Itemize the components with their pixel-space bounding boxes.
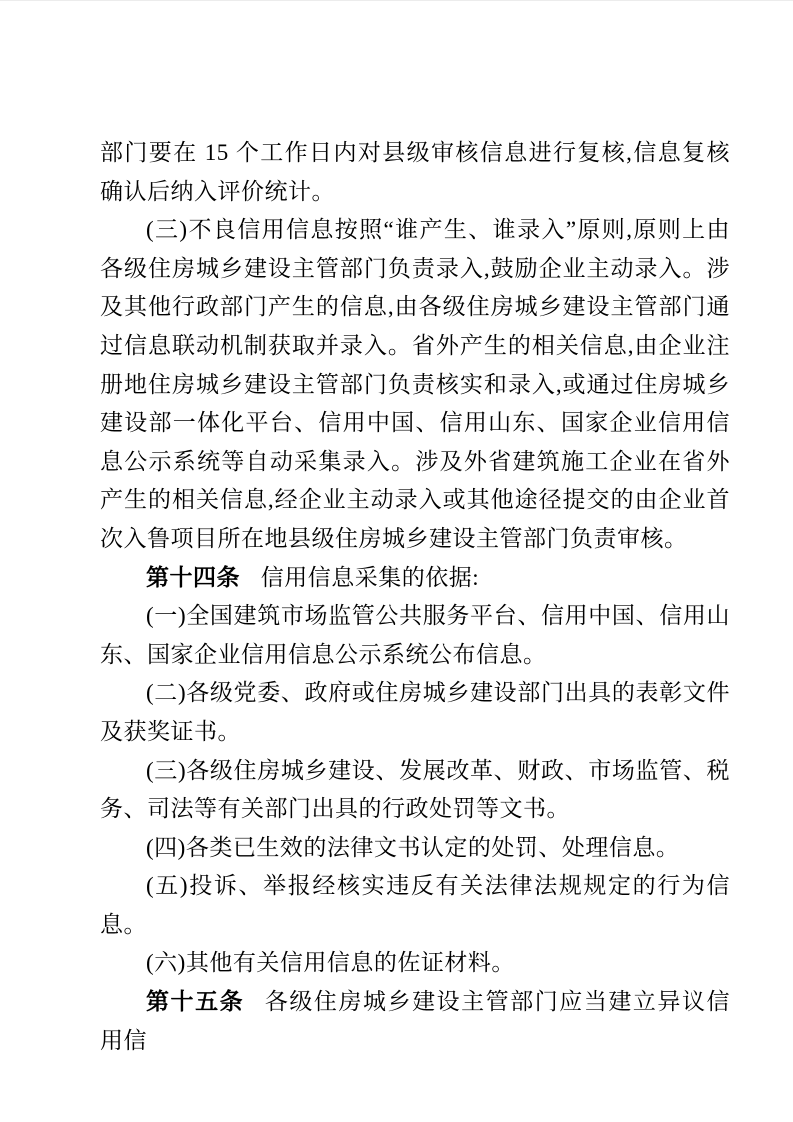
paragraph-article-15: 第十五条各级住房城乡建设主管部门应当建立异议信用信 bbox=[100, 983, 730, 1060]
paragraph-item-3-bad-credit: (三)不良信用信息按照“谁产生、谁录入”原则,原则上由各级住房城乡建设主管部门负… bbox=[100, 211, 730, 558]
article-14-number: 第十四条 bbox=[146, 565, 240, 590]
article-15-number: 第十五条 bbox=[146, 989, 244, 1014]
paragraph-item-2: (二)各级党委、政府或住房城乡建设部门出具的表彰文件及获奖证书。 bbox=[100, 674, 730, 751]
paragraph-item-3: (三)各级住房城乡建设、发展改革、财政、市场监管、税务、司法等有关部门出具的行政… bbox=[100, 752, 730, 829]
text-block: 部门要在 15 个工作日内对县级审核信息进行复核,信息复核确认后纳入评价统计。 … bbox=[100, 134, 730, 1060]
paragraph-item-4: (四)各类已生效的法律文书认定的处罚、处理信息。 bbox=[100, 829, 730, 868]
paragraph-item-6: (六)其他有关信用信息的佐证材料。 bbox=[100, 944, 730, 983]
paragraph-item-1: (一)全国建筑市场监管公共服务平台、信用中国、信用山东、国家企业信用信息公示系统… bbox=[100, 597, 730, 674]
paragraph-item-5: (五)投诉、举报经核实违反有关法律法规规定的行为信息。 bbox=[100, 867, 730, 944]
paragraph-article-14: 第十四条信用信息采集的依据: bbox=[100, 559, 730, 598]
article-14-text: 信用信息采集的依据: bbox=[261, 565, 479, 590]
document-page: 部门要在 15 个工作日内对县级审核信息进行复核,信息复核确认后纳入评价统计。 … bbox=[0, 0, 793, 1122]
paragraph-continuation: 部门要在 15 个工作日内对县级审核信息进行复核,信息复核确认后纳入评价统计。 bbox=[100, 134, 730, 211]
